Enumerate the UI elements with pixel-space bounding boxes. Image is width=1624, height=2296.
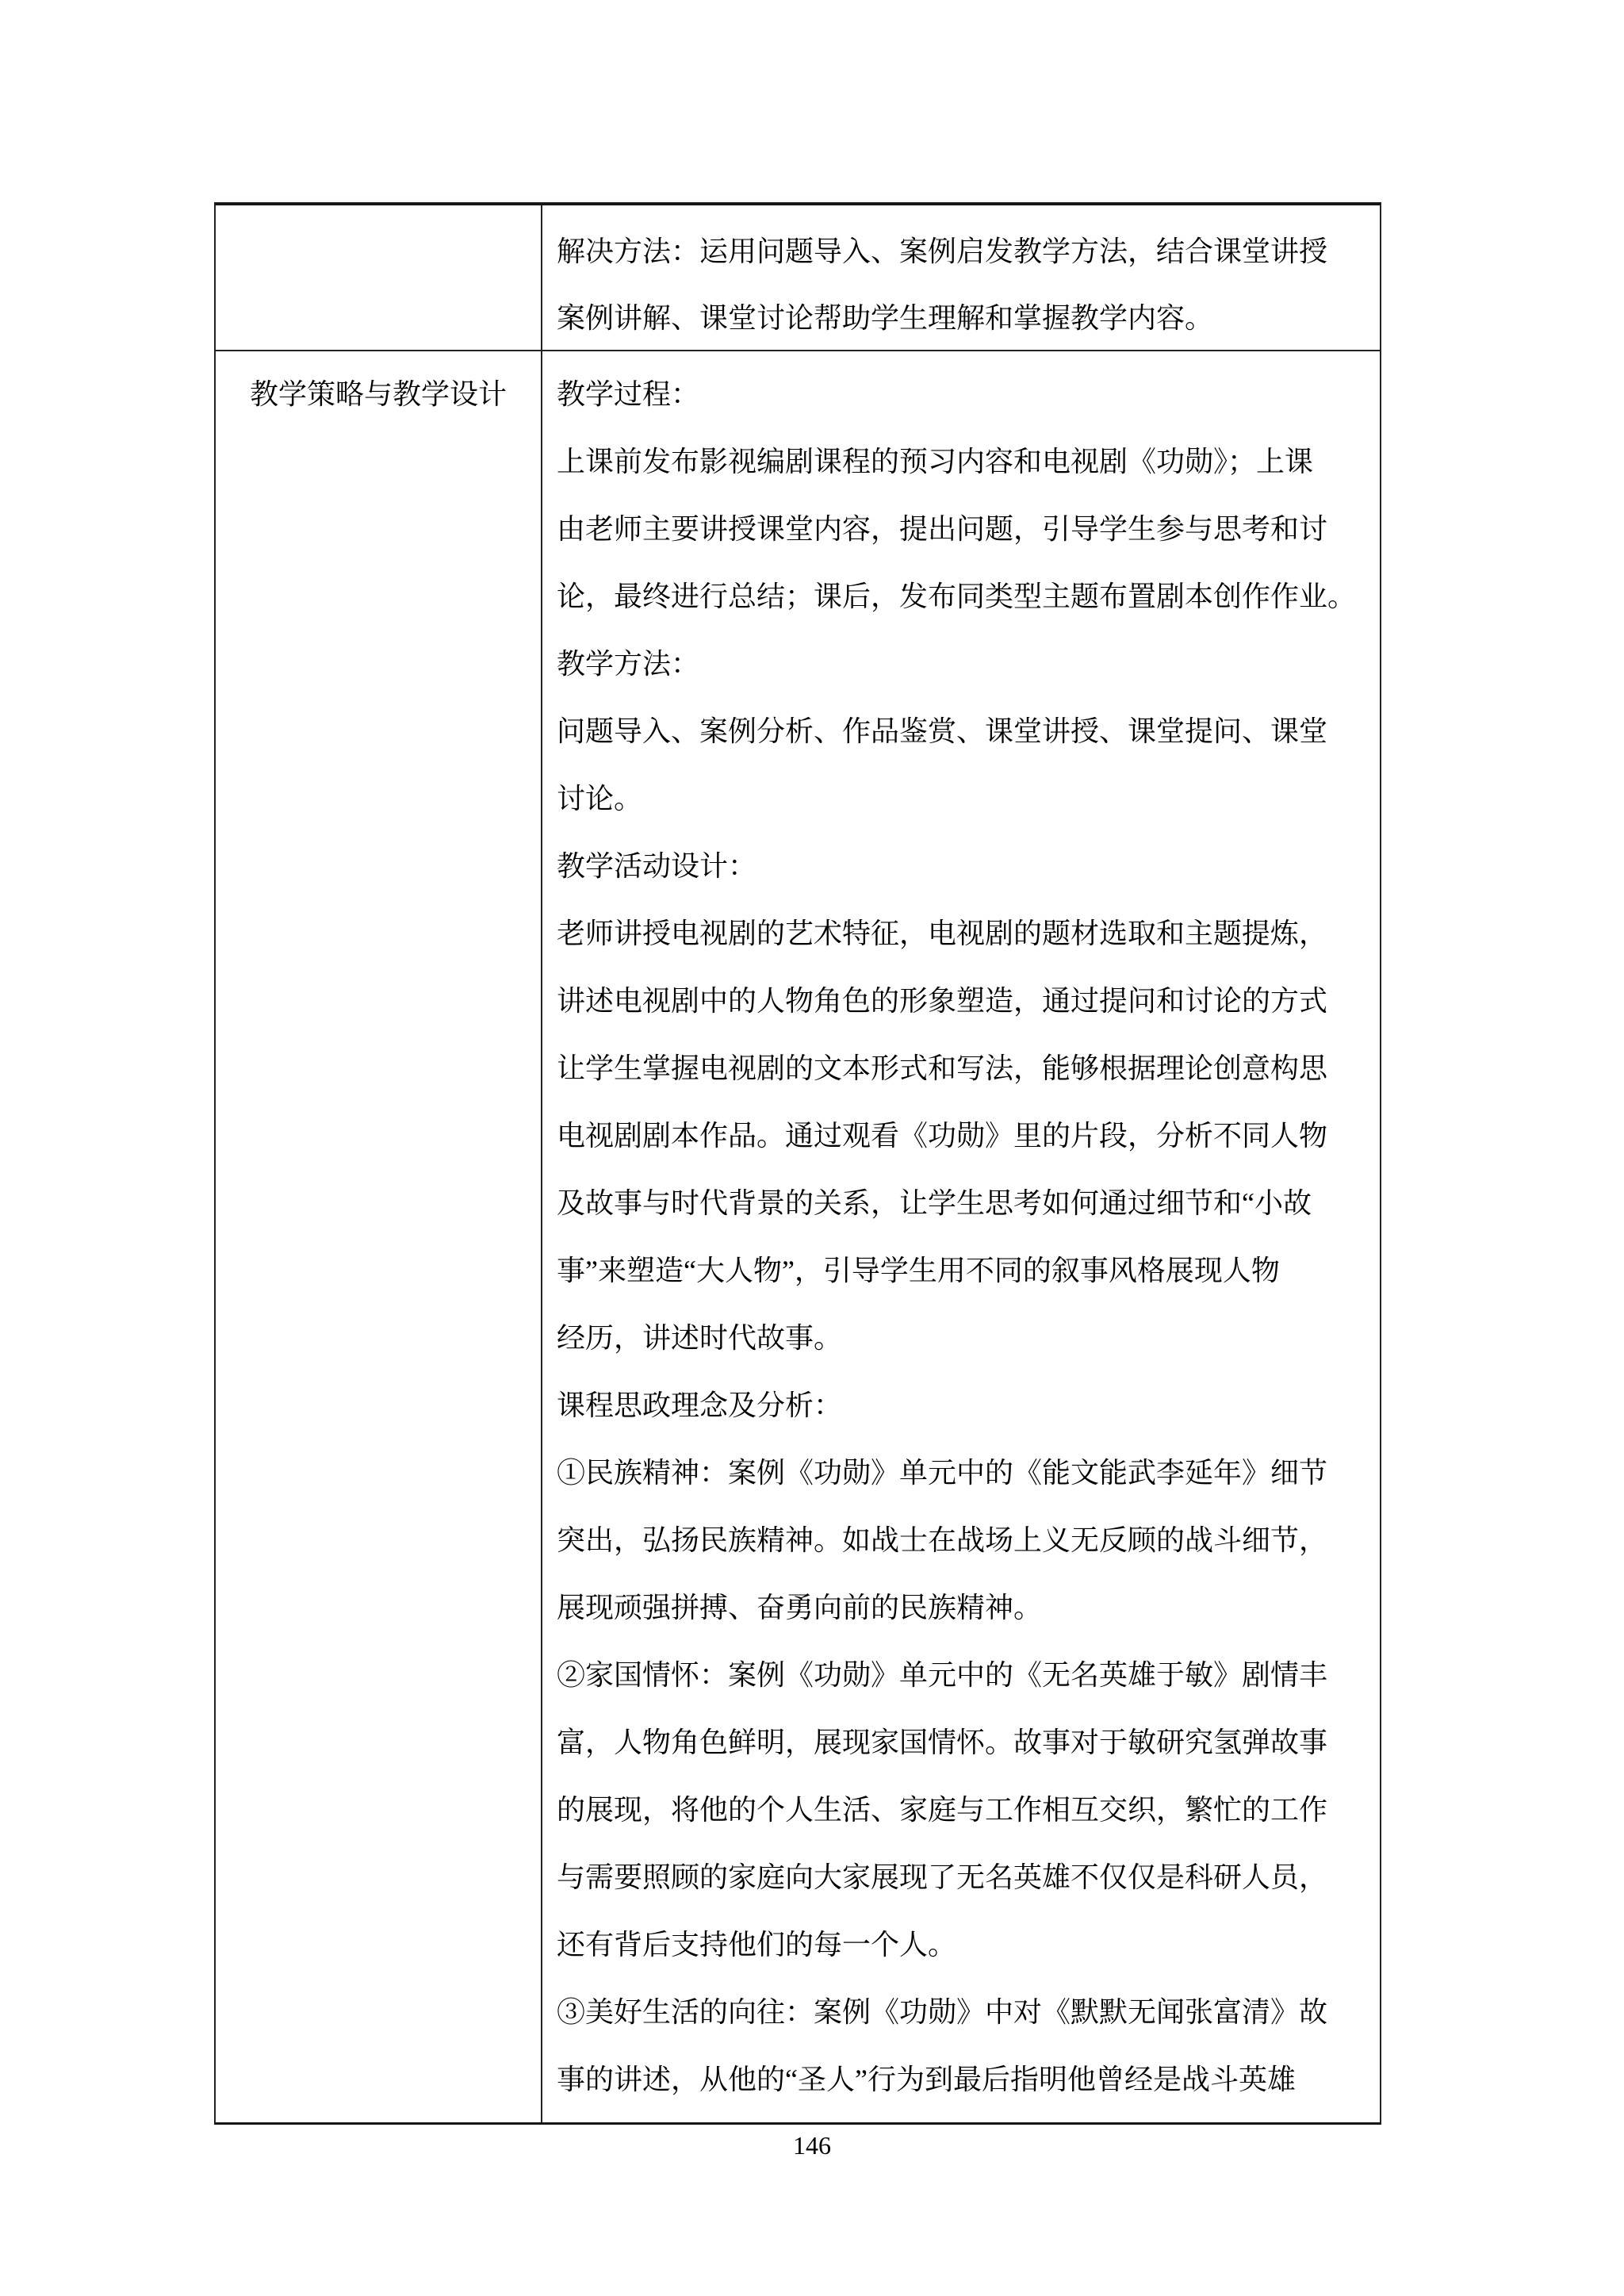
- text-line: 教学活动设计：: [557, 833, 1369, 900]
- text-line: 还有背后支持他们的每一个人。: [557, 1911, 1369, 1979]
- text-line: 案例讲解、课堂讨论帮助学生理解和掌握教学内容。: [557, 285, 1369, 351]
- text-line: ①民族精神：案例《功勋》单元中的《能文能武李延年》细节: [557, 1439, 1369, 1507]
- table-row2-header-cell: 教学策略与教学设计: [216, 351, 542, 2122]
- text-line: 富，人物角色鲜明，展现家国情怀。故事对于敏研究氢弹故事: [557, 1709, 1369, 1777]
- text-line: 课程思政理念及分析：: [557, 1372, 1369, 1439]
- text-line: 教学过程：: [557, 361, 1369, 428]
- text-line: 由老师主要讲授课堂内容，提出问题，引导学生参与思考和讨: [557, 496, 1369, 563]
- text-line: 事的讲述，从他的“圣人”行为到最后指明他曾经是战斗英雄: [557, 2046, 1369, 2114]
- text-line: 展现顽强拼搏、奋勇向前的民族精神。: [557, 1574, 1369, 1642]
- table-row1-content-cell: 解决方法：运用问题导入、案例启发教学方法，结合课堂讲授 案例讲解、课堂讨论帮助学…: [542, 205, 1380, 351]
- text-line: 老师讲授电视剧的艺术特征，电视剧的题材选取和主题提炼，: [557, 900, 1369, 968]
- table-row2-content-cell: 教学过程： 上课前发布影视编剧课程的预习内容和电视剧《功勋》；上课 由老师主要讲…: [542, 351, 1380, 2122]
- course-design-table: 解决方法：运用问题导入、案例启发教学方法，结合课堂讲授 案例讲解、课堂讨论帮助学…: [214, 202, 1381, 2125]
- text-line: 事”来塑造“大人物”，引导学生用不同的叙事风格展现人物: [557, 1237, 1369, 1305]
- table-row1-header-cell: [216, 205, 542, 351]
- text-line: 突出，弘扬民族精神。如战士在战场上义无反顾的战斗细节，: [557, 1507, 1369, 1574]
- text-line: 让学生掌握电视剧的文本形式和写法，能够根据理论创意构思: [557, 1035, 1369, 1102]
- text-line: ③美好生活的向往：案例《功勋》中对《默默无闻张富清》故: [557, 1979, 1369, 2046]
- text-line: 的展现，将他的个人生活、家庭与工作相互交织，繁忙的工作: [557, 1777, 1369, 1844]
- text-line: 与需要照顾的家庭向大家展现了无名英雄不仅仅是科研人员，: [557, 1844, 1369, 1911]
- row-header-label: 教学策略与教学设计: [216, 361, 541, 428]
- text-line: 解决方法：运用问题导入、案例启发教学方法，结合课堂讲授: [557, 218, 1369, 285]
- text-line: 讨论。: [557, 765, 1369, 833]
- text-line: 电视剧剧本作品。通过观看《功勋》里的片段，分析不同人物: [557, 1102, 1369, 1170]
- document-page: 解决方法：运用问题导入、案例启发教学方法，结合课堂讲授 案例讲解、课堂讨论帮助学…: [0, 0, 1624, 2296]
- text-line: 论，最终进行总结；课后，发布同类型主题布置剧本创作作业。: [557, 563, 1369, 631]
- text-line: 问题导入、案例分析、作品鉴赏、课堂讲授、课堂提问、课堂: [557, 698, 1369, 765]
- text-line: ②家国情怀：案例《功勋》单元中的《无名英雄于敏》剧情丰: [557, 1642, 1369, 1709]
- page-number: 146: [0, 2127, 1624, 2164]
- text-line: 讲述电视剧中的人物角色的形象塑造，通过提问和讨论的方式: [557, 968, 1369, 1035]
- text-line: 教学方法：: [557, 631, 1369, 698]
- text-line: 经历，讲述时代故事。: [557, 1305, 1369, 1372]
- text-line: 及故事与时代背景的关系，让学生思考如何通过细节和“小故: [557, 1170, 1369, 1237]
- text-line: 上课前发布影视编剧课程的预习内容和电视剧《功勋》；上课: [557, 428, 1369, 496]
